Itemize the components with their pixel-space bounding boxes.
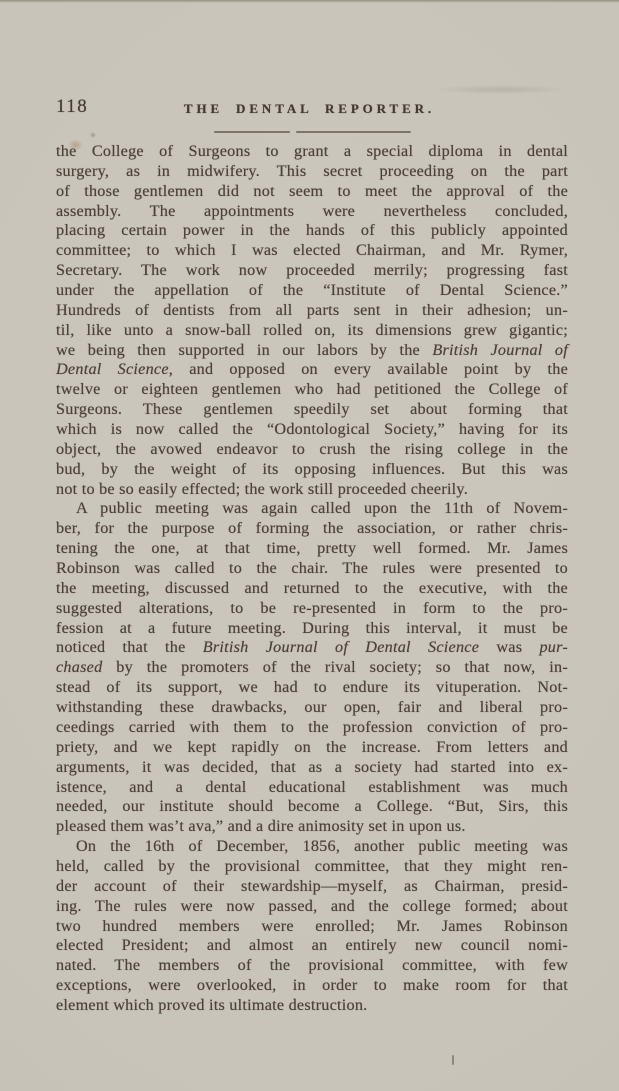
text-line: til, like unto a snow-ball rolled on, it… [56, 321, 568, 341]
text-run: by the promoters of the rival society; s… [102, 658, 568, 676]
scan-artifact-mark [452, 1055, 454, 1065]
text-line: elected President; and almost an entirel… [56, 936, 568, 956]
paragraph: A public meeting was again called upon t… [56, 499, 568, 837]
text-line: chased by the promoters of the rival soc… [56, 658, 568, 678]
text-run: assembly. The appointments were neverthe… [56, 202, 568, 220]
text-run: ber, for the purpose of forming the asso… [56, 519, 568, 537]
header-rule-right-segment [296, 131, 411, 133]
text-run: bud, by the weight of its opposing influ… [56, 460, 568, 478]
text-run: A public meeting was again called upon t… [76, 499, 568, 517]
text-line: stead of its support, we had to endure i… [56, 678, 568, 698]
text-line: under the appellation of the “Institute … [56, 281, 568, 301]
text-line: ing. The rules were now passed, and the … [56, 897, 568, 917]
scan-top-edge-shadow [0, 0, 619, 3]
text-line: which is now called the “Odontological S… [56, 420, 568, 440]
text-line: der account of their stewardship—myself,… [56, 877, 568, 897]
text-run: nated. The members of the provisional co… [56, 956, 568, 974]
text-line: bud, by the weight of its opposing influ… [56, 460, 568, 480]
text-line: pleased them was’t ava,” and a dire anim… [56, 817, 568, 837]
text-run: til, like unto a snow-ball rolled on, it… [56, 321, 568, 339]
text-line: Surgeons. These gentlemen speedily set a… [56, 400, 568, 420]
text-run: fession at a future meeting. During this… [56, 619, 568, 637]
text-run: stead of its support, we had to endure i… [56, 678, 568, 696]
text-run: suggested alterations, to be re-presente… [56, 599, 568, 617]
text-line: exceptions, were overlooked, in order to… [56, 976, 568, 996]
text-run: ing. The rules were now passed, and the … [56, 897, 568, 915]
text-run: der account of their stewardship—myself,… [56, 877, 568, 895]
text-line: nated. The members of the provisional co… [56, 956, 568, 976]
text-run: the meeting, discussed and returned to t… [56, 579, 568, 597]
text-run: tening the one, at that time, pretty wel… [56, 539, 568, 557]
text-line: Secretary. The work now proceeded merril… [56, 261, 568, 281]
text-line: committee; to which I was elected Chairm… [56, 241, 568, 261]
text-run: placing certain power in the hands of th… [56, 221, 568, 239]
text-line: On the 16th of December, 1856, another p… [56, 837, 568, 857]
italic-text-run: chased [56, 658, 102, 676]
text-run: element which proved its ultimate destru… [56, 996, 367, 1014]
text-line: assembly. The appointments were neverthe… [56, 202, 568, 222]
paragraph: the College of Surgeons to grant a speci… [56, 142, 568, 499]
text-run: exceptions, were overlooked, in order to… [56, 976, 568, 994]
text-line: Dental Science, and opposed on every ava… [56, 360, 568, 380]
page-text-block: the College of Surgeons to grant a speci… [56, 142, 568, 1016]
header-rule-left-segment [214, 131, 290, 133]
text-line: twelve or eighteen gentlemen who had pet… [56, 380, 568, 400]
paragraph: On the 16th of December, 1856, another p… [56, 837, 568, 1016]
italic-text-run: Dental Science [56, 360, 169, 378]
text-line: arguments, it was decided, that as a soc… [56, 758, 568, 778]
text-run: withstanding these drawbacks, our open, … [56, 698, 568, 716]
text-line: element which proved its ultimate destru… [56, 996, 568, 1016]
text-line: istence, and a dental educational establ… [56, 778, 568, 798]
text-line: ber, for the purpose of forming the asso… [56, 519, 568, 539]
text-run: ceedings carried with them to the profes… [56, 718, 568, 736]
text-line: needed, our institute should become a Co… [56, 797, 568, 817]
italic-text-run: pur- [539, 638, 568, 656]
text-run: the College of Surgeons to grant a speci… [56, 142, 568, 160]
text-run: was [479, 638, 539, 656]
scanned-page: 118 THE DENTAL REPORTER. the College of … [0, 0, 619, 1091]
text-run: On the 16th of December, 1856, another p… [76, 837, 568, 855]
text-line: Robinson was called to the chair. The ru… [56, 559, 568, 579]
text-run: we being then supported in our labors by… [56, 341, 432, 359]
text-line: object, the avowed endeavor to crush the… [56, 440, 568, 460]
italic-text-run: British Journal of Dental Science [203, 638, 479, 656]
text-run: arguments, it was decided, that as a soc… [56, 758, 568, 776]
text-line: held, called by the provisional committe… [56, 857, 568, 877]
text-line: ceedings carried with them to the profes… [56, 718, 568, 738]
text-line: not to be so easily effected; the work s… [56, 480, 568, 500]
paper-stain [90, 132, 96, 138]
text-run: noticed that the [56, 638, 203, 656]
text-run: two hundred members were enrolled; Mr. J… [56, 917, 568, 935]
text-line: the meeting, discussed and returned to t… [56, 579, 568, 599]
text-run: committee; to which I was elected Chairm… [56, 241, 568, 259]
text-line: we being then supported in our labors by… [56, 341, 568, 361]
text-line: suggested alterations, to be re-presente… [56, 599, 568, 619]
text-line: two hundred members were enrolled; Mr. J… [56, 917, 568, 937]
journal-title: THE DENTAL REPORTER. [0, 101, 619, 117]
text-run: not to be so easily effected; the work s… [56, 480, 468, 498]
text-run: of those gentlemen did not seem to meet … [56, 182, 568, 200]
text-run: pleased them was’t ava,” and a dire anim… [56, 817, 466, 835]
text-run: , and opposed on every available point b… [169, 360, 568, 378]
text-run: needed, our institute should become a Co… [56, 797, 568, 815]
text-line: priety, and we kept rapidly on the incre… [56, 738, 568, 758]
text-run: which is now called the “Odontological S… [56, 420, 568, 438]
text-line: placing certain power in the hands of th… [56, 221, 568, 241]
text-line: fession at a future meeting. During this… [56, 619, 568, 639]
italic-text-run: British Journal of [432, 341, 568, 359]
text-run: Secretary. The work now proceeded merril… [56, 261, 568, 279]
text-line: the College of Surgeons to grant a speci… [56, 142, 568, 162]
text-run: twelve or eighteen gentlemen who had pet… [56, 380, 568, 398]
text-run: Hundreds of dentists from all parts sent… [56, 301, 568, 319]
print-ghost-mark [436, 85, 566, 94]
text-line: surgery, as in midwifery. This secret pr… [56, 162, 568, 182]
text-run: istence, and a dental educational establ… [56, 778, 568, 796]
text-line: withstanding these drawbacks, our open, … [56, 698, 568, 718]
text-run: elected President; and almost an entirel… [56, 936, 568, 954]
text-run: priety, and we kept rapidly on the incre… [56, 738, 568, 756]
text-line: noticed that the British Journal of Dent… [56, 638, 568, 658]
text-run: surgery, as in midwifery. This secret pr… [56, 162, 568, 180]
text-run: Surgeons. These gentlemen speedily set a… [56, 400, 568, 418]
text-line: Hundreds of dentists from all parts sent… [56, 301, 568, 321]
text-line: tening the one, at that time, pretty wel… [56, 539, 568, 559]
text-run: Robinson was called to the chair. The ru… [56, 559, 568, 577]
text-run: object, the avowed endeavor to crush the… [56, 440, 568, 458]
text-line: A public meeting was again called upon t… [56, 499, 568, 519]
text-run: held, called by the provisional committe… [56, 857, 568, 875]
text-run: under the appellation of the “Institute … [56, 281, 568, 299]
text-line: of those gentlemen did not seem to meet … [56, 182, 568, 202]
